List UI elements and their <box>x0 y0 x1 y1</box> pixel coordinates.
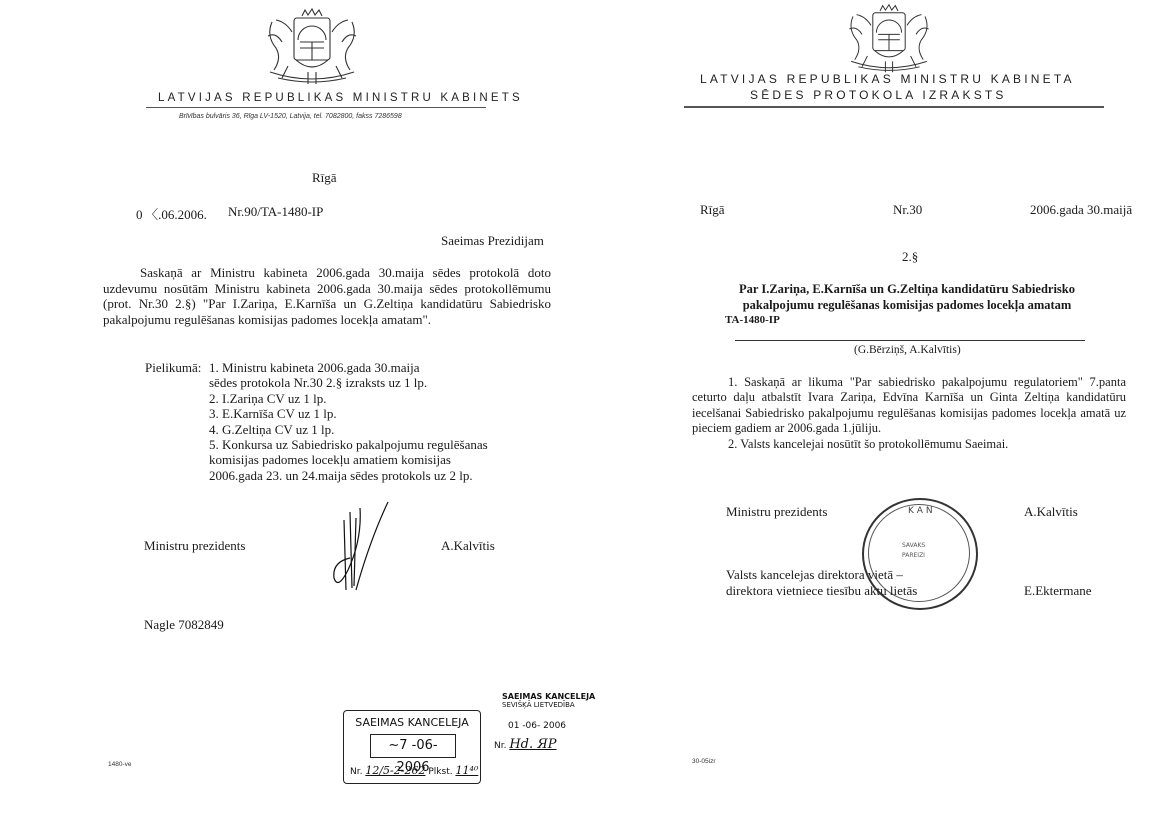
addressee: Saeimas Prezidijam <box>441 233 544 249</box>
letter-date: 0 〈.06.2006. <box>136 204 207 223</box>
protocol-number: Nr.30 <box>893 202 922 218</box>
protocol-date: 2006.gada 30.maijā <box>1030 202 1132 218</box>
latvian-coat-of-arms-icon <box>840 2 938 74</box>
time-value: 11⁴⁰ <box>455 764 478 777</box>
received-stamp-nr: Nr. 12/5-2-262 Plkst. 11⁴⁰ <box>350 764 478 777</box>
section-number: 2.§ <box>902 249 918 265</box>
signatory2-name: E.Ektermane <box>1024 583 1092 599</box>
attachments-list: 1. Ministru kabineta 2006.gada 30.maija … <box>209 360 488 483</box>
received-stamp-title: SAEIMAS KANCELEJA <box>344 716 480 729</box>
handwritten-signature <box>330 500 400 595</box>
nr-label: Nr. <box>494 741 506 751</box>
cover-letter-page: LATVIJAS REPUBLIKAS MINISTRU KABINETS Br… <box>0 0 576 815</box>
attachment-item: 2. I.Zariņa CV uz 1 lp. <box>209 391 488 406</box>
letterhead-rule <box>146 107 486 108</box>
letterhead-rule <box>684 106 1104 108</box>
signatory1-name: A.Kalvītis <box>1024 504 1078 520</box>
signatory2-title-line2: direktora vietniece tiesību aktu lietās <box>726 583 917 599</box>
decision-paragraph-1: 1. Saskaņā ar likuma "Par sabiedrisko pa… <box>692 375 1126 436</box>
seal-text-top: KAN <box>908 506 936 516</box>
latvian-coat-of-arms-icon <box>258 6 366 86</box>
contact-person: Nagle 7082849 <box>144 617 224 633</box>
attachments-label: Pielikumā: <box>145 360 201 376</box>
attachment-item: sēdes protokola Nr.30 2.§ izraksts uz 1 … <box>209 375 488 390</box>
protocol-extract-page: LATVIJAS REPUBLIKAS MINISTRU KABINETA SĒ… <box>576 0 1152 815</box>
attachment-item: 4. G.Zeltiņa CV uz 1 lp. <box>209 422 488 437</box>
received-stamp-date: ~7 -06- 2006 <box>370 734 456 758</box>
attachment-item: 3. E.Karnīša CV uz 1 lp. <box>209 406 488 421</box>
file-code: 1480-ve <box>108 761 132 768</box>
decision-paragraph-2: 2. Valsts kancelejai nosūtīt šo protokol… <box>728 437 1008 452</box>
letterhead-title: LATVIJAS REPUBLIKAS MINISTRU KABINETS <box>158 92 523 104</box>
nr-value: Hd. ЯР <box>509 737 556 752</box>
signatory2-title: Valsts kancelejas direktora vietā – dire… <box>726 567 917 599</box>
seal-text-mid2: PAREIZI <box>902 552 925 559</box>
attachment-item: komisijas padomes locekļu amatiem komisi… <box>209 452 488 467</box>
attachment-item: 1. Ministru kabineta 2006.gada 30.maija <box>209 360 488 375</box>
reference-number: Nr.90/TA-1480-IP <box>228 204 323 220</box>
signatory-title: Ministru prezidents <box>144 538 245 554</box>
letterhead-line2: SĒDES PROTOKOLA IZRAKSTS <box>750 88 1007 102</box>
letterhead-line1: LATVIJAS REPUBLIKAS MINISTRU KABINETA <box>700 72 1075 86</box>
nr-value: 12/5-2-262 <box>365 764 425 777</box>
seal-text-mid1: SAVAKS <box>902 542 925 549</box>
attachment-item: 5. Konkursa uz Sabiedrisko pakalpojumu r… <box>209 437 488 452</box>
speakers: (G.Bērziņš, A.Kalvītis) <box>854 344 961 356</box>
received-stamp: SAEIMAS KANCELEJA ~7 -06- 2006 Nr. 12/5-… <box>343 710 481 784</box>
attachment-item: 2006.gada 23. un 24.maija sēdes protokol… <box>209 468 488 483</box>
letterhead-address: Brīvības bulvāris 36, Rīga LV-1520, Latv… <box>179 113 402 120</box>
place-of-meeting: Rīgā <box>700 202 725 218</box>
decision-heading-ref: TA-1480-IP <box>725 314 780 326</box>
place-of-issue: Rīgā <box>312 170 337 186</box>
letter-body: Saskaņā ar Ministru kabineta 2006.gada 3… <box>103 265 551 327</box>
time-label: Plkst. <box>428 767 452 777</box>
signatory2-title-line1: Valsts kancelejas direktora vietā – <box>726 567 917 583</box>
signatory-name: A.Kalvītis <box>441 538 495 554</box>
signature-rule <box>735 340 1085 341</box>
signatory1-title: Ministru prezidents <box>726 504 827 520</box>
nr-label: Nr. <box>350 767 362 777</box>
file-code: 30-05izr <box>692 758 715 765</box>
decision-heading: Par I.Zariņa, E.Karnīša un G.Zeltiņa kan… <box>722 282 1092 313</box>
